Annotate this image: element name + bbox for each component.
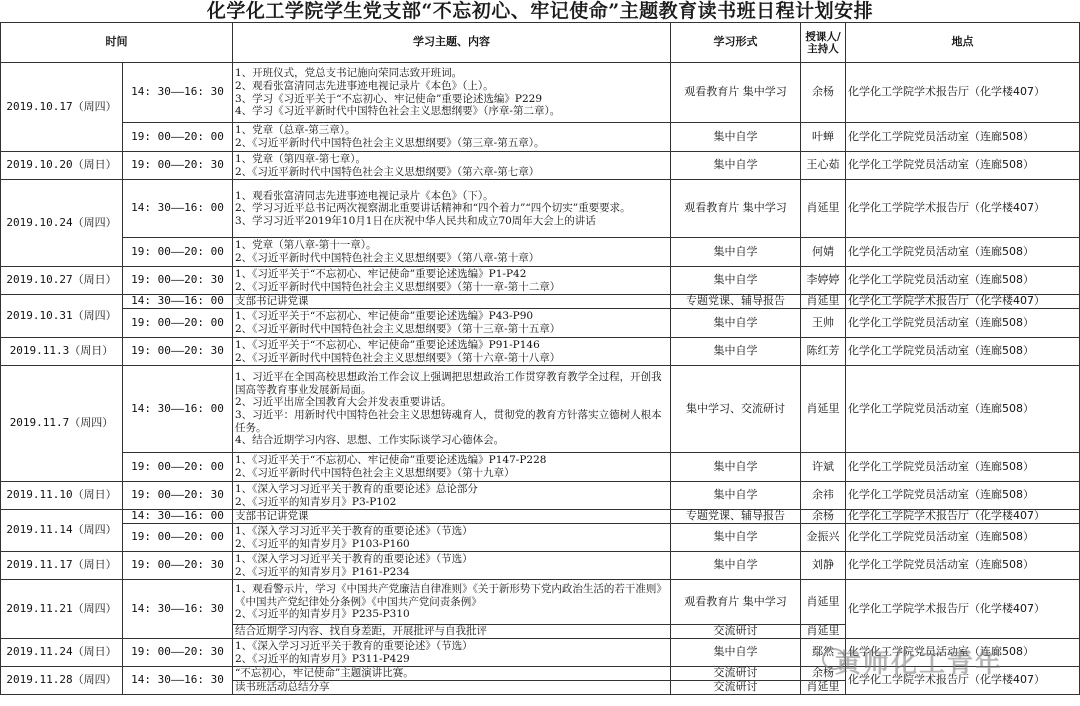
- content-line: 1、党章（第八章-第十一章）。: [235, 239, 668, 252]
- location-cell: 化学化工学院党员活动室（连廊508）: [846, 366, 1080, 453]
- content-cell: 1、《习近平关于“不忘初心、牢记使命”重要论述选编》P1-P42 2、《习近平新…: [233, 267, 671, 295]
- content-line: 1、《深入学习习近平关于教育的重要论述》总论部分: [235, 483, 668, 496]
- form-cell: 观看教育片 集中学习: [671, 180, 801, 238]
- content-line: 1、《习近平关于“不忘初心、牢记使命”重要论述选编》P91-P146: [235, 339, 668, 352]
- date-cell: 2019.10.31（周四）: [1, 295, 123, 338]
- form-cell: 集中自学: [671, 152, 801, 180]
- content-line: 1、《深入学习习近平关于教育的重要论述》（节选）: [235, 553, 668, 566]
- schedule-table: 时间 学习主题、内容 学习形式 授课人/主持人 地点 2019.10.17（周四…: [0, 22, 1080, 695]
- content-cell: 1、《习近平关于“不忘初心、牢记使命”重要论述选编》P91-P146 2、《习近…: [233, 338, 671, 366]
- date-cell: 2019.11.24（周日）: [1, 639, 123, 667]
- presenter-cell: 何婧: [801, 238, 846, 267]
- presenter-cell: 肖延里: [801, 180, 846, 238]
- content-line: 支部书记讲党课: [235, 510, 668, 523]
- form-cell: 专题党课、辅导报告: [671, 510, 801, 524]
- form-cell: 集中自学: [671, 482, 801, 510]
- content-line: 1、党章（第四章-第七章）。: [235, 153, 668, 166]
- location-cell: 化学化工学院学术报告厅（化学楼407）: [846, 580, 1080, 639]
- table-row: 2019.11.17（周日） 19: 00——20: 30 1、《深入学习习近平…: [1, 552, 1080, 580]
- time-cell: 19: 00——20: 00: [123, 238, 233, 267]
- content-line: 2、《习近平新时代中国特色社会主义思想纲要》（第六章-第七章）: [235, 166, 668, 179]
- time-cell: 19: 00——20: 30: [123, 639, 233, 667]
- table-row: 2019.11.10（周日） 19: 00——20: 30 1、《深入学习习近平…: [1, 482, 1080, 510]
- content-line: 1、开班仪式，党总支书记施向荣同志致开班词。: [235, 67, 668, 80]
- presenter-cell: 肖延里: [801, 681, 846, 695]
- presenter-cell: 陈红芳: [801, 338, 846, 366]
- date-cell: 2019.11.21（周四）: [1, 580, 123, 639]
- date-cell: 2019.10.17（周四）: [1, 63, 123, 152]
- form-cell: 集中自学: [671, 338, 801, 366]
- content-line: 2、《习近平新时代中国特色社会主义思想纲要》（第十六章-第十八章）: [235, 352, 668, 365]
- date-cell: 2019.11.7（周四）: [1, 366, 123, 482]
- location-cell: 化学化工学院党员活动室（连廊508）: [846, 152, 1080, 180]
- form-cell: 集中自学: [671, 639, 801, 667]
- location-cell: 化学化工学院党员活动室（连廊508）: [846, 309, 1080, 338]
- table-row: 2019.10.24（周四） 14: 30——16: 00 1、观看张富清同志先…: [1, 180, 1080, 238]
- presenter-cell: 肖延里: [801, 295, 846, 309]
- content-line: 1、《习近平关于“不忘初心、牢记使命”重要论述选编》P1-P42: [235, 268, 668, 281]
- content-cell: “不忘初心，牢记使命”主题演讲比赛。: [233, 667, 671, 681]
- location-cell: 化学化工学院党员活动室（连廊508）: [846, 238, 1080, 267]
- form-cell: 集中学习、交流研讨: [671, 366, 801, 453]
- time-cell: 14: 30——16: 00: [123, 295, 233, 309]
- content-cell: 1、开班仪式，党总支书记施向荣同志致开班词。 2、观看张富清同志先进事迹电视记录…: [233, 63, 671, 123]
- content-line: 2、《习近平的知青岁月》P103-P160: [235, 538, 668, 551]
- presenter-cell: 余杨: [801, 63, 846, 123]
- time-cell: 14: 30——16: 00: [123, 510, 233, 524]
- content-line: 3、学习习近平2019年10月1日在庆祝中华人民共和成立70周年大会上的讲话: [235, 215, 668, 228]
- date-cell: 2019.11.28（周四）: [1, 667, 123, 695]
- time-cell: 19: 00——20: 00: [123, 123, 233, 152]
- form-cell: 集中自学: [671, 524, 801, 552]
- content-line: 4、结合近期学习内容、思想、工作实际谈学习心德体会。: [235, 434, 668, 447]
- content-cell: 支部书记讲党课: [233, 510, 671, 524]
- table-row: 19: 00——20: 00 1、党章（总章-第三章）。 2、《习近平新时代中国…: [1, 123, 1080, 152]
- location-cell: 化学化工学院党员活动室（连廊508）: [846, 552, 1080, 580]
- table-row: 2019.11.14（周四） 14: 30——16: 00 支部书记讲党课 专题…: [1, 510, 1080, 524]
- location-cell: 化学化工学院党员活动室（连廊508）: [846, 123, 1080, 152]
- date-cell: 2019.11.3（周日）: [1, 338, 123, 366]
- content-line: 读书班活动总结分享: [235, 681, 668, 694]
- header-time: 时间: [1, 23, 233, 63]
- presenter-cell: 肖延里: [801, 625, 846, 639]
- content-line: 1、习近平在全国高校思想政治工作会议上强调把思想政治工作贯穿教育教学全过程，开创…: [235, 371, 668, 396]
- location-cell: 化学化工学院党员活动室（连廊508）: [846, 524, 1080, 552]
- table-row: 2019.10.27（周日） 19: 00——20: 30 1、《习近平关于“不…: [1, 267, 1080, 295]
- presenter-cell: 王帅: [801, 309, 846, 338]
- content-cell: 1、观看张富清同志先进事迹电视记录片《本色》（下）。 2、学习习近平总书记两次视…: [233, 180, 671, 238]
- content-line: 1、观看张富清同志先进事迹电视记录片《本色》（下）。: [235, 190, 668, 203]
- content-line: 2、《习近平新时代中国特色社会主义思想纲要》（第十三章-第十五章）: [235, 323, 668, 336]
- location-cell: 化学化工学院学术报告厅（化学楼407）: [846, 63, 1080, 123]
- time-cell: 14: 30——16: 00: [123, 366, 233, 453]
- form-cell: 专题党课、辅导报告: [671, 295, 801, 309]
- presenter-cell: 肖延里: [801, 366, 846, 453]
- header-row: 时间 学习主题、内容 学习形式 授课人/主持人 地点: [1, 23, 1080, 63]
- location-cell: 化学化工学院党员活动室（连廊508）: [846, 453, 1080, 482]
- content-cell: 1、习近平在全国高校思想政治工作会议上强调把思想政治工作贯穿教育教学全过程，开创…: [233, 366, 671, 453]
- table-row: 2019.11.3（周日） 19: 00——20: 30 1、《习近平关于“不忘…: [1, 338, 1080, 366]
- content-line: 2、《习近平的知青岁月》P235-P310: [235, 608, 668, 621]
- table-row: 19: 00——20: 00 1、《习近平关于“不忘初心、牢记使命”重要论述选编…: [1, 309, 1080, 338]
- time-cell: 19: 00——20: 30: [123, 267, 233, 295]
- content-cell: 1、党章（总章-第三章）。 2、《习近平新时代中国特色社会主义思想纲要》（第三章…: [233, 123, 671, 152]
- location-cell: 化学化工学院学术报告厅（化学楼407）: [846, 180, 1080, 238]
- content-line: 2、《习近平的知青岁月》P3-P102: [235, 496, 668, 509]
- location-cell: 化学化工学院党员活动室（连廊508）: [846, 267, 1080, 295]
- date-cell: 2019.10.24（周四）: [1, 180, 123, 267]
- time-cell: 19: 00——20: 30: [123, 152, 233, 180]
- header-presenter: 授课人/主持人: [801, 23, 846, 63]
- date-cell: 2019.10.27（周日）: [1, 267, 123, 295]
- content-line: 1、《深入学习习近平关于教育的重要论述》（节选）: [235, 525, 668, 538]
- content-line: 1、《习近平关于“不忘初心、牢记使命”重要论述选编》P43-P90: [235, 310, 668, 323]
- date-cell: 2019.10.20（周日）: [1, 152, 123, 180]
- table-row: 2019.10.20（周日） 19: 00——20: 30 1、党章（第四章-第…: [1, 152, 1080, 180]
- presenter-cell: 许斌: [801, 453, 846, 482]
- presenter-cell: 余祎: [801, 482, 846, 510]
- form-cell: 交流研讨: [671, 681, 801, 695]
- content-line: 1、观看警示片，学习《中国共产党廉洁自律准则》《关于新形势下党内政治生活的若干准…: [235, 583, 668, 608]
- form-cell: 观看教育片 集中学习: [671, 580, 801, 625]
- content-line: 3、习近平：用新时代中国特色社会主义思想铸魂育人，贯彻党的教育方针落实立德树人根…: [235, 409, 668, 434]
- presenter-cell: 李婷婷: [801, 267, 846, 295]
- content-line: 1、党章（总章-第三章）。: [235, 124, 668, 137]
- table-row: 2019.10.17（周四） 14: 30——16: 30 1、开班仪式，党总支…: [1, 63, 1080, 123]
- content-cell: 1、党章（第四章-第七章）。 2、《习近平新时代中国特色社会主义思想纲要》（第六…: [233, 152, 671, 180]
- table-row: 2019.10.31（周四） 14: 30——16: 00 支部书记讲党课 专题…: [1, 295, 1080, 309]
- content-cell: 1、党章（第八章-第十一章）。 2、《习近平新时代中国特色社会主义思想纲要》（第…: [233, 238, 671, 267]
- content-cell: 1、《深入学习习近平关于教育的重要论述》总论部分 2、《习近平的知青岁月》P3-…: [233, 482, 671, 510]
- content-line: 2、《习近平新时代中国特色社会主义思想纲要》（第十九章）: [235, 467, 668, 480]
- form-cell: 集中自学: [671, 238, 801, 267]
- form-cell: 集中自学: [671, 453, 801, 482]
- presenter-cell: 王心茹: [801, 152, 846, 180]
- time-cell: 19: 00——20: 30: [123, 482, 233, 510]
- content-cell: 结合近期学习内容、找自身差距，开展批评与自我批评: [233, 625, 671, 639]
- content-line: 2、《习近平新时代中国特色社会主义思想纲要》（第十一章-第十二章）: [235, 281, 668, 294]
- content-line: 2、《习近平新时代中国特色社会主义思想纲要》（第三章-第五章）。: [235, 137, 668, 150]
- content-line: 2、《习近平的知青岁月》P311-P429: [235, 653, 668, 666]
- time-cell: 19: 00——20: 00: [123, 524, 233, 552]
- table-row: 19: 00——20: 00 1、《习近平关于“不忘初心、牢记使命”重要论述选编…: [1, 453, 1080, 482]
- time-cell: 19: 00——20: 30: [123, 552, 233, 580]
- time-cell: 14: 30——16: 00: [123, 180, 233, 238]
- content-cell: 读书班活动总结分享: [233, 681, 671, 695]
- table-row: 2019.11.21（周四） 14: 30——16: 30 1、观看警示片，学习…: [1, 580, 1080, 625]
- content-line: 2、学习习近平总书记两次视察湖北重要讲话精神和“四个着力”“四个切实”重要要求。: [235, 202, 668, 215]
- presenter-cell: 金振兴: [801, 524, 846, 552]
- location-cell: 化学化工学院学术报告厅（化学楼407）: [846, 510, 1080, 524]
- content-cell: 1、《深入学习习近平关于教育的重要论述》（节选） 2、《习近平的知青岁月》P31…: [233, 639, 671, 667]
- form-cell: 集中自学: [671, 267, 801, 295]
- content-line: 2、观看张富清同志先进事迹电视记录片《本色》（上）。: [235, 80, 668, 93]
- header-form: 学习形式: [671, 23, 801, 63]
- table-row: 19: 00——20: 00 1、党章（第八章-第十一章）。 2、《习近平新时代…: [1, 238, 1080, 267]
- content-line: 2、习近平出席全国教育大会并发表重要讲话。: [235, 396, 668, 409]
- content-line: 1、《习近平关于“不忘初心、牢记使命”重要论述选编》P147-P228: [235, 454, 668, 467]
- content-line: 2、《习近平新时代中国特色社会主义思想纲要》（第八章-第十章）: [235, 252, 668, 265]
- date-cell: 2019.11.10（周日）: [1, 482, 123, 510]
- content-cell: 1、《习近平关于“不忘初心、牢记使命”重要论述选编》P43-P90 2、《习近平…: [233, 309, 671, 338]
- form-cell: 集中自学: [671, 309, 801, 338]
- form-cell: 交流研讨: [671, 625, 801, 639]
- form-cell: 交流研讨: [671, 667, 801, 681]
- content-line: 2、《习近平的知青岁月》P161-P234: [235, 566, 668, 579]
- presenter-cell: 余杨: [801, 510, 846, 524]
- watermark: 黄师化工青年: [835, 643, 1003, 680]
- table-row: 2019.11.7（周四） 14: 30——16: 00 1、习近平在全国高校思…: [1, 366, 1080, 453]
- time-cell: 14: 30——16: 30: [123, 667, 233, 695]
- form-cell: 集中自学: [671, 123, 801, 152]
- presenter-cell: 刘静: [801, 552, 846, 580]
- content-cell: 1、《习近平关于“不忘初心、牢记使命”重要论述选编》P147-P228 2、《习…: [233, 453, 671, 482]
- time-cell: 19: 00——20: 00: [123, 453, 233, 482]
- header-content: 学习主题、内容: [233, 23, 671, 63]
- date-cell: 2019.11.14（周四）: [1, 510, 123, 552]
- page-title: 化学化工学院学生党支部“不忘初心、牢记使命”主题教育读书班日程计划安排: [0, 0, 1080, 22]
- time-cell: 19: 00——20: 30: [123, 338, 233, 366]
- time-cell: 19: 00——20: 00: [123, 309, 233, 338]
- location-cell: 化学化工学院学术报告厅（化学楼407）: [846, 295, 1080, 309]
- content-cell: 1、《深入学习习近平关于教育的重要论述》（节选） 2、《习近平的知青岁月》P10…: [233, 524, 671, 552]
- date-cell: 2019.11.17（周日）: [1, 552, 123, 580]
- location-cell: 化学化工学院党员活动室（连廊508）: [846, 338, 1080, 366]
- content-cell: 1、《深入学习习近平关于教育的重要论述》（节选） 2、《习近平的知青岁月》P16…: [233, 552, 671, 580]
- content-line: 1、《深入学习习近平关于教育的重要论述》（节选）: [235, 640, 668, 653]
- time-cell: 14: 30——16: 30: [123, 63, 233, 123]
- table-row: 19: 00——20: 00 1、《深入学习习近平关于教育的重要论述》（节选） …: [1, 524, 1080, 552]
- form-cell: 观看教育片 集中学习: [671, 63, 801, 123]
- presenter-cell: 叶蝉: [801, 123, 846, 152]
- content-cell: 1、观看警示片，学习《中国共产党廉洁自律准则》《关于新形势下党内政治生活的若干准…: [233, 580, 671, 625]
- content-line: 支部书记讲党课: [235, 295, 668, 308]
- content-line: 结合近期学习内容、找自身差距，开展批评与自我批评: [235, 625, 668, 638]
- time-cell: 14: 30——16: 30: [123, 580, 233, 639]
- content-line: “不忘初心，牢记使命”主题演讲比赛。: [235, 667, 668, 680]
- content-line: 3、学习《习近平关于“不忘初心、牢记使命”重要论述选编》P229: [235, 93, 668, 106]
- presenter-cell: 肖延里: [801, 580, 846, 625]
- header-location: 地点: [846, 23, 1080, 63]
- location-cell: 化学化工学院党员活动室（连廊508）: [846, 482, 1080, 510]
- content-line: 4、学习《习近平新时代中国特色社会主义思想纲要》（序章-第二章）。: [235, 105, 668, 118]
- form-cell: 集中自学: [671, 552, 801, 580]
- content-cell: 支部书记讲党课: [233, 295, 671, 309]
